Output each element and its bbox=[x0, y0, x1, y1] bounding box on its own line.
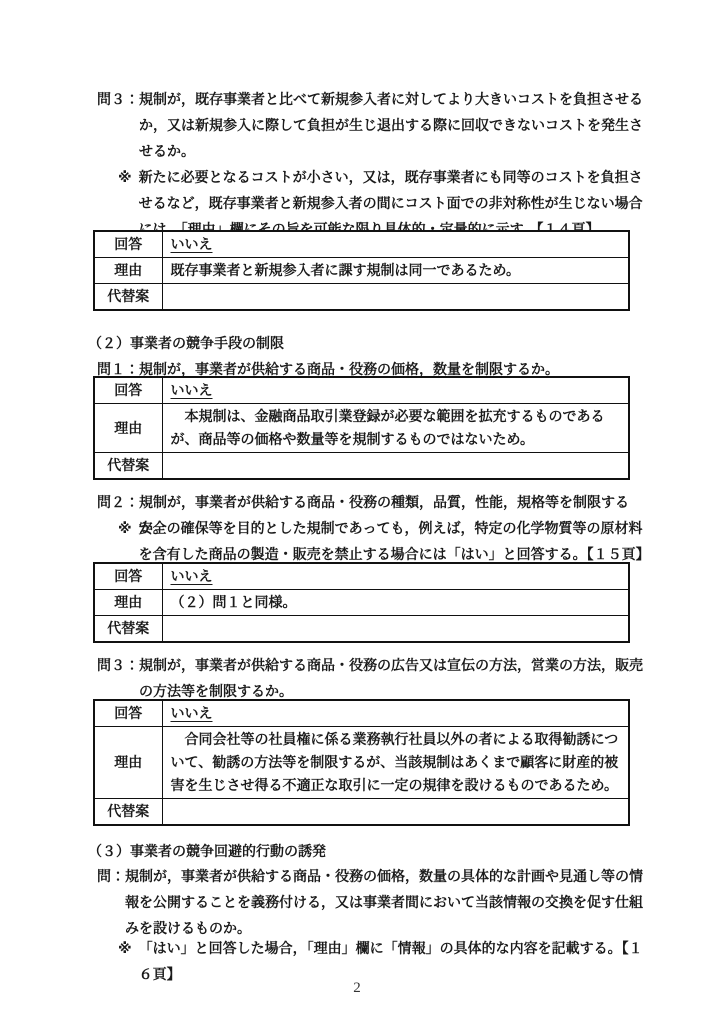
section-heading: （３）事業者の競争回避的行動の誘発 bbox=[88, 839, 648, 864]
note-marker: ※ bbox=[118, 515, 132, 567]
answer-table: 回答 いいえ 理由 本規制は、金融商品取引業登録が必要な範囲を拡充するものである… bbox=[93, 376, 630, 480]
answer-value: いいえ bbox=[171, 705, 213, 721]
answer-table: 回答 いいえ 理由 （２）問１と同様。 代替案 bbox=[93, 562, 630, 643]
answer-label-cell: 回答 bbox=[94, 700, 162, 727]
alternative-row: 代替案 bbox=[94, 453, 629, 480]
question-label: 問３： bbox=[97, 652, 139, 704]
reason-label-cell: 理由 bbox=[94, 258, 162, 284]
answer-row: 回答 いいえ bbox=[94, 231, 629, 258]
answer-value-cell: いいえ bbox=[162, 231, 629, 258]
alternative-label-cell: 代替案 bbox=[94, 799, 162, 826]
answer-label-cell: 回答 bbox=[94, 377, 162, 404]
reason-label-cell: 理由 bbox=[94, 404, 162, 453]
question-text: 規制が，既存事業者と比べて新規参入者に対してより大きいコストを負担させるか，又は… bbox=[139, 86, 648, 164]
question-block: 問３： 規制が，既存事業者と比べて新規参入者に対してより大きいコストを負担させる… bbox=[97, 86, 648, 164]
answer-value-cell: いいえ bbox=[162, 377, 629, 404]
note-text: 安全の確保等を目的とした規制であっても，例えば，特定の化学物質等の原材料を含有し… bbox=[139, 515, 645, 567]
answer-table: 回答 いいえ 理由 既存事業者と新規参入者に課す規制は同一であるため。 代替案 bbox=[93, 230, 630, 311]
reason-label-cell: 理由 bbox=[94, 727, 162, 799]
question-note: ※ 安全の確保等を目的とした規制であっても，例えば，特定の化学物質等の原材料を含… bbox=[118, 515, 645, 567]
answer-label-cell: 回答 bbox=[94, 231, 162, 258]
document-page: 問３： 規制が，既存事業者と比べて新規参入者に対してより大きいコストを負担させる… bbox=[0, 0, 714, 1024]
reason-label-cell: 理由 bbox=[94, 590, 162, 616]
reason-row: 理由 （２）問１と同様。 bbox=[94, 590, 629, 616]
alternative-row: 代替案 bbox=[94, 799, 629, 826]
answer-table: 回答 いいえ 理由 合同会社等の社員権に係る業務執行社員以外の者による取得勧誘に… bbox=[93, 699, 630, 826]
alternative-value-cell bbox=[162, 453, 629, 480]
reason-value-cell: 合同会社等の社員権に係る業務執行社員以外の者による取得勧誘について、勧誘の方法等… bbox=[162, 727, 629, 799]
answer-label-cell: 回答 bbox=[94, 563, 162, 590]
question-text: 規制が，事業者が供給する商品・役務の価格，数量の具体的な計画や見通し等の情報を公… bbox=[125, 863, 648, 941]
question-block: 問３： 規制が，事業者が供給する商品・役務の広告又は宣伝の方法，営業の方法，販売… bbox=[97, 652, 648, 704]
reason-row: 理由 本規制は、金融商品取引業登録が必要な範囲を拡充するものであるが、商品等の価… bbox=[94, 404, 629, 453]
alternative-label-cell: 代替案 bbox=[94, 453, 162, 480]
section-heading: （２）事業者の競争手段の制限 bbox=[88, 331, 648, 356]
answer-value: いいえ bbox=[171, 236, 213, 252]
alternative-row: 代替案 bbox=[94, 616, 629, 643]
alternative-label-cell: 代替案 bbox=[94, 284, 162, 311]
question-text: 規制が，事業者が供給する商品・役務の広告又は宣伝の方法，営業の方法，販売の方法等… bbox=[139, 652, 648, 704]
question-label: 問３： bbox=[97, 86, 139, 164]
alternative-value-cell bbox=[162, 284, 629, 311]
alternative-value-cell bbox=[162, 799, 629, 826]
answer-row: 回答 いいえ bbox=[94, 563, 629, 590]
answer-value-cell: いいえ bbox=[162, 563, 629, 590]
answer-value: いいえ bbox=[171, 382, 213, 398]
answer-value: いいえ bbox=[171, 568, 213, 584]
reason-row: 理由 既存事業者と新規参入者に課す規制は同一であるため。 bbox=[94, 258, 629, 284]
reason-value-cell: （２）問１と同様。 bbox=[162, 590, 629, 616]
question-label: 問： bbox=[97, 863, 125, 941]
alternative-label-cell: 代替案 bbox=[94, 616, 162, 643]
reason-value-cell: 本規制は、金融商品取引業登録が必要な範囲を拡充するものであるが、商品等の価格や数… bbox=[162, 404, 629, 453]
answer-row: 回答 いいえ bbox=[94, 700, 629, 727]
question-block: 問： 規制が，事業者が供給する商品・役務の価格，数量の具体的な計画や見通し等の情… bbox=[97, 863, 648, 941]
reason-value-cell: 既存事業者と新規参入者に課す規制は同一であるため。 bbox=[162, 258, 629, 284]
alternative-value-cell bbox=[162, 616, 629, 643]
page-number: 2 bbox=[0, 980, 714, 997]
answer-row: 回答 いいえ bbox=[94, 377, 629, 404]
reason-row: 理由 合同会社等の社員権に係る業務執行社員以外の者による取得勧誘について、勧誘の… bbox=[94, 727, 629, 799]
answer-value-cell: いいえ bbox=[162, 700, 629, 727]
alternative-row: 代替案 bbox=[94, 284, 629, 311]
